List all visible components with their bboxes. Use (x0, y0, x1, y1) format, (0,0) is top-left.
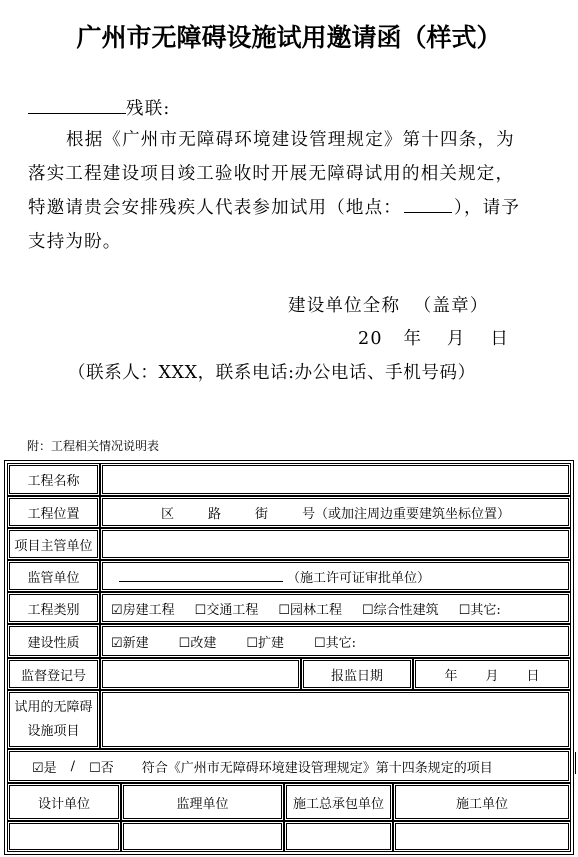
project-info-table: 工程名称 工程位置 区 路 街 号（或加注周边重要建筑坐标位置） 项目主管单位 … (4, 460, 574, 855)
nature-option-other[interactable]: ☐其它: (314, 632, 356, 651)
checkbox-icon[interactable]: ☐ (246, 636, 258, 651)
salutation: 残联: (28, 95, 171, 120)
date-day: 日 (490, 329, 509, 349)
category-option-garden[interactable]: ☐园林工程 (278, 599, 342, 618)
checkbox-icon[interactable]: ☐ (314, 636, 326, 651)
field-construction-unit[interactable] (395, 823, 569, 850)
header-general-contractor: 施工总承包单位 (286, 785, 391, 819)
supervision-unit-hint: （施工许可证审批单位） (287, 567, 430, 586)
recipient-blank[interactable] (28, 112, 126, 114)
field-registration-number[interactable] (102, 660, 299, 688)
label-project-name: 工程名称 (9, 465, 98, 494)
header-supervisor-unit: 监理单位 (123, 785, 282, 819)
paragraph-line-3: 特邀请贵会安排残疾人代表参加试用（地点：），请予 (28, 194, 520, 219)
category-option-housing[interactable]: ☑房建工程 (111, 599, 175, 618)
checkbox-icon[interactable]: ☐ (459, 603, 471, 618)
field-construction-nature: ☑新建 ☐改建 ☐扩建 ☐其它: (102, 626, 569, 656)
compliance-text: 符合《广州市无障碍环境建设管理规定》第十四条规定的项目 (142, 757, 493, 776)
checkbox-icon[interactable]: ☐ (89, 761, 101, 776)
salutation-suffix: 残联: (126, 99, 171, 119)
compliance-yes[interactable]: ☑是 (32, 757, 57, 776)
field-supervision-unit[interactable]: （施工许可证审批单位） (102, 562, 569, 590)
field-supervisor-unit[interactable] (123, 823, 282, 850)
paragraph-line-4: 支持为盼。 (28, 228, 122, 253)
field-facility-items[interactable] (102, 692, 569, 747)
label-construction-nature: 建设性质 (9, 626, 98, 656)
label-facility-items: 试用的无障碍 设施项目 (9, 692, 98, 747)
checkbox-checked-icon[interactable]: ☑ (111, 603, 123, 618)
supervision-unit-blank[interactable] (119, 580, 283, 582)
nature-option-rebuild[interactable]: ☐改建 (179, 632, 217, 651)
field-project-name[interactable] (102, 465, 569, 494)
nature-option-expand[interactable]: ☐扩建 (246, 632, 284, 651)
paragraph-line-3-tail: ），请予 (454, 198, 520, 218)
label-registration-number: 监督登记号 (9, 660, 98, 688)
location-street: 街 (255, 503, 268, 522)
location-road: 路 (208, 503, 221, 522)
category-option-complex[interactable]: ☐综合性建筑 (362, 599, 439, 618)
location-number: 号（或加注周边重要建筑坐标位置） (302, 503, 510, 522)
category-option-other[interactable]: ☐其它: (459, 599, 501, 618)
checkbox-checked-icon[interactable]: ☑ (32, 761, 44, 776)
label-authority: 项目主管单位 (9, 530, 98, 558)
date-month: 月 (447, 329, 466, 349)
checkbox-checked-icon[interactable]: ☑ (111, 636, 123, 651)
paragraph-line-3-text: 特邀请贵会安排残疾人代表参加试用（地点： (28, 198, 402, 218)
label-report-date: 报监日期 (303, 660, 411, 688)
location-blank[interactable] (404, 211, 452, 213)
header-construction-unit: 施工单位 (395, 785, 569, 819)
date-year: 年 (403, 329, 422, 349)
attachment-note: 附：工程相关情况说明表 (27, 437, 159, 454)
field-project-location[interactable]: 区 路 街 号（或加注周边重要建筑坐标位置） (102, 498, 569, 526)
field-authority[interactable] (102, 530, 569, 558)
label-project-location: 工程位置 (9, 498, 98, 526)
date-prefix: 20 (358, 329, 383, 349)
paragraph-line-2: 落实工程建设项目竣工验收时开展无障碍试用的相关规定， (28, 160, 514, 185)
paragraph-line-1: 根据《广州市无障碍环境建设管理规定》第十四条，为 (66, 126, 515, 151)
location-district: 区 (161, 503, 174, 522)
field-report-date[interactable]: 年 月 日 (415, 660, 569, 688)
compliance-row: ☑是 / ☐否 符合《广州市无障碍环境建设管理规定》第十四条规定的项目 (9, 751, 569, 781)
nature-option-new[interactable]: ☑新建 (111, 632, 149, 651)
label-project-category: 工程类别 (9, 594, 98, 622)
signature-line: 建设单位全称 （盖章） (288, 292, 489, 317)
field-general-contractor[interactable] (286, 823, 391, 850)
category-option-traffic[interactable]: ☐交通工程 (195, 599, 259, 618)
checkbox-icon[interactable]: ☐ (278, 603, 290, 618)
border-artifact (575, 752, 576, 774)
checkbox-icon[interactable]: ☐ (179, 636, 191, 651)
compliance-separator: / (71, 759, 75, 774)
contact-line: （联系人：XXX，联系电话:办公电话、手机号码） (68, 359, 476, 384)
label-supervision-unit: 监管单位 (9, 562, 98, 590)
field-project-category: ☑房建工程 ☐交通工程 ☐园林工程 ☐综合性建筑 ☐其它: (102, 594, 569, 622)
compliance-no[interactable]: ☐否 (89, 757, 114, 776)
field-design-unit[interactable] (9, 823, 119, 850)
checkbox-icon[interactable]: ☐ (195, 603, 207, 618)
checkbox-icon[interactable]: ☐ (362, 603, 374, 618)
document-title: 广州市无障碍设施试用邀请函（样式） (0, 18, 578, 54)
header-design-unit: 设计单位 (9, 785, 119, 819)
date-line: 20 年 月 日 (358, 325, 509, 350)
